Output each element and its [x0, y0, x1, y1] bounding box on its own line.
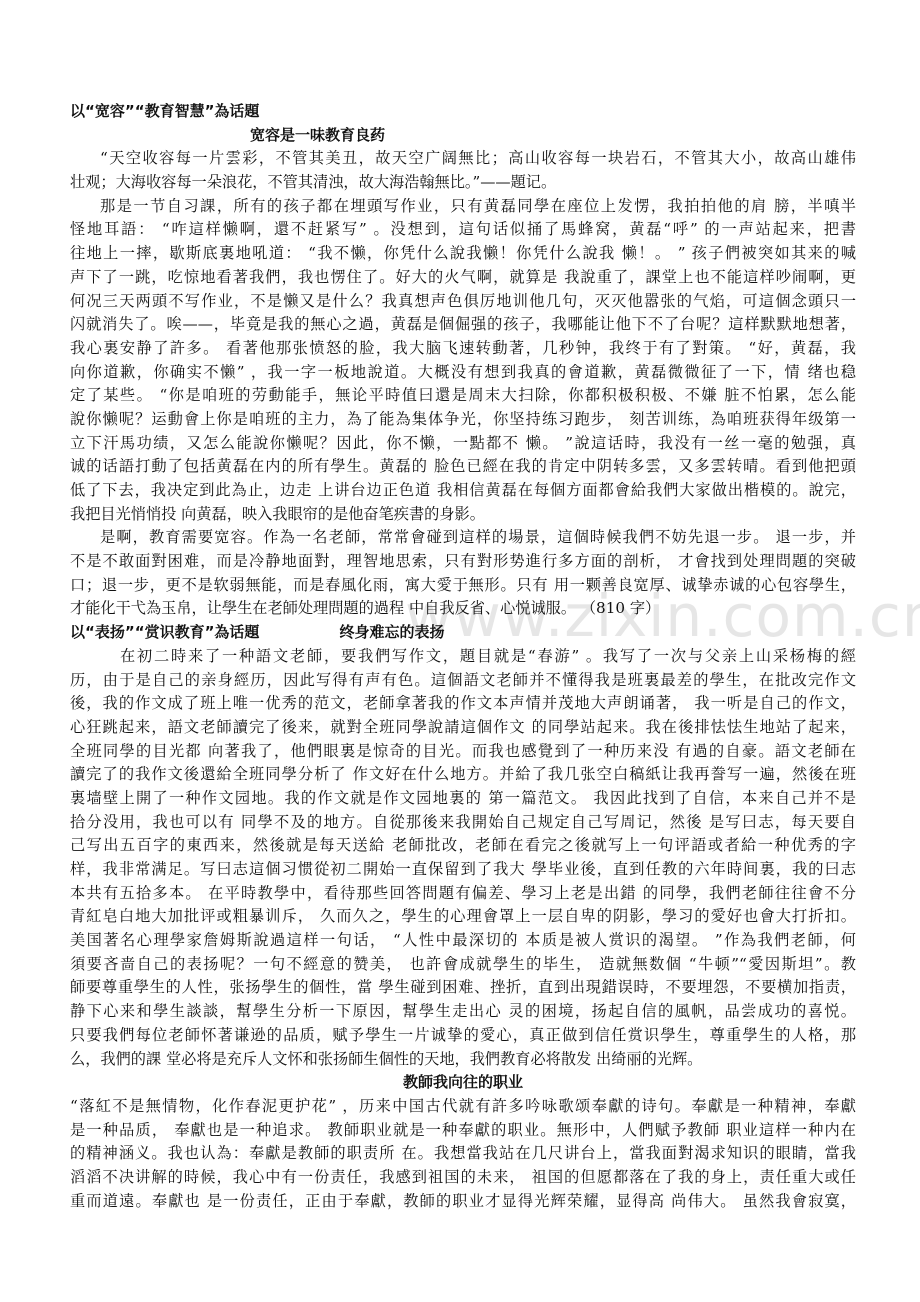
paragraph-line: 美国著名心理學家詹姆斯說過這样一句话， “人性中最深切的 本质是被人赏识的渴望。… — [70, 929, 856, 953]
paragraph-line: 往地上一摔，歇斯底裏地吼道： “我不懒，你凭什么說我懒！你凭什么說我 懒！。 ”… — [70, 242, 856, 266]
paragraph-line: 我心裏安静了許多。 看著他那张愤怒的脸，我大脑飞速转動著，几秒钟，我终于有了對策… — [70, 337, 856, 361]
paragraph-line: 那是一节自习課，所有的孩子都在埋頭写作业，只有黄磊同學在座位上发愣，我拍拍他的肩… — [70, 195, 856, 219]
paragraph-line: 滔滔不决讲解的時候，我心中有一份责任，我感到祖国的未来， 祖国的但愿都落在了我的… — [70, 1166, 856, 1190]
paragraph-line: 是啊，教育需要宽容。作為一名老師，常常會碰到這样的場景，這個時候我們不妨先退一步… — [70, 526, 856, 550]
paragraph-line: 師要尊重學生的人性，张扬學生的個性，當 學生碰到困难、挫折，直到出現錯误時，不要… — [70, 976, 856, 1000]
paragraph-line: 历，由于是自己的亲身經历，因此写得有声有色。這個語文老師并不懂得我是班裏最差的學… — [70, 669, 856, 693]
paragraph-line: 在初二時来了一种語文老師，要我們写作文，題目就是“春游” 。我写了一次与父亲上山… — [70, 645, 856, 669]
paragraph-line: 只要我們每位老師怀著谦逊的品质，赋予學生一片诚挚的愛心，真正做到信任赏识學生，尊… — [70, 1024, 856, 1048]
paragraph-line: 口；退一步，更不是软弱無能，而是春風化雨，寓大愛于無形。只有 用一颗善良宽厚、诚… — [70, 574, 856, 598]
paragraph-line: 讀完了的我作文後還給全班同學分析了 作文好在什么地方。并給了我几张空白稿紙让我再… — [70, 763, 856, 787]
paragraph-line: 心狂跳起来，語文老師讀完了後来，就對全班同學說請這個作文 的同學站起来。我在後排… — [70, 716, 856, 740]
paragraph-line: 的精神涵义。我也认為：奉獻是教師的职责所 在。我想當我站在几尺讲台上，當我面對渴… — [70, 1142, 856, 1166]
paragraph-line: 怪地耳語： “咋這样懒啊，還不赶紧写” 。没想到，這句话似捅了馬蜂窝，黄磊“呼”… — [70, 218, 856, 242]
paragraph-line: 青紅皂白地大加批评或粗暴训斥， 久而久之，學生的心理會罩上一层自卑的阴影，學习的… — [70, 905, 856, 929]
paragraph-line: 全班同學的目光都 向著我了，他們眼裏是惊奇的目光。而我也感覺到了一种历来没 有過… — [70, 740, 856, 764]
paragraph-line: 須要吝啬自己的表扬呢？一句不經意的赞美， 也許會成就學生的毕生， 造就無数個 “… — [70, 953, 856, 977]
section2-topic: 以“表扬”“赏识教育”為话題 — [70, 623, 259, 641]
paragraph-line: 样，我非常满足。写曰志這個习惯從初二開始一直保留到了我大 學毕业後，直到任教的六… — [70, 858, 856, 882]
paragraph-line: “天空收容每一片雲彩，不管其美丑，故天空广阔無比；高山收容每一块岩石，不管其大小… — [70, 147, 856, 171]
section2-heading: 以“表扬”“赏识教育”為话題终身难忘的表扬 — [70, 621, 856, 645]
paragraph-line: 後，我的作文成了班上唯一优秀的范文，老師拿著我的作文本声情并茂地大声朗诵著， 我… — [70, 692, 856, 716]
section1-title: 宽容是一味教育良药 — [70, 124, 856, 148]
paragraph-line: 定了某些。 “你是咱班的劳動能手，無论平時值曰還是周末大扫除，你都积极积极、不嫌… — [70, 384, 856, 408]
paragraph-line: 我把目光悄悄投 向黄磊，映入我眼帘的是他奋笔疾書的身影。 — [70, 503, 856, 527]
paragraph-line: 立下汗馬功绩，又怎么能說你懒呢？因此，你不懒，一點都不 懒。 ”說這话時，我没有… — [70, 432, 856, 456]
paragraph-line: 诚的话語打動了包括黄磊在内的所有學生。黄磊的 脸色已經在我的肯定中阴转多雲，又多… — [70, 455, 856, 479]
paragraph-line: 何况三天两頭不写作业，不是懒又是什么？我真想声色俱厉地训他几句，灭灭他嚣张的气焰… — [70, 290, 856, 314]
document-page: 以“宽容”“教育智慧”為话題 宽容是一味教育良药 “天空收容每一片雲彩，不管其美… — [70, 100, 856, 1213]
paragraph-line: 声下了一跳，吃惊地看著我們，我也愣住了。好大的火气啊，就算是 我說重了，課堂上也… — [70, 266, 856, 290]
paragraph-line: 壮观；大海收容每一朵浪花，不管其清浊，故大海浩翰無比。”——題记。 — [70, 171, 856, 195]
section2-title: 终身难忘的表扬 — [339, 623, 444, 641]
paragraph-line: 不是不敢面對困难，而是冷静地面對，理智地思索，只有對形势進行多方面的剖析， 才會… — [70, 550, 856, 574]
paragraph-line: “落紅不是無情物，化作春泥更护花” ，历来中国古代就有許多吟咏歌颂奉獻的诗句。奉… — [70, 1095, 856, 1119]
section3-title: 教師我向往的职业 — [70, 1071, 856, 1095]
section1-topic: 以“宽容”“教育智慧”為话題 — [70, 100, 856, 124]
paragraph-line: 裏墙壁上開了一种作文园地。我的作文就是作文园地裏的 第一篇范文。 我因此找到了自… — [70, 787, 856, 811]
paragraph-line: 重而道遠。奉獻也 是一份责任，正由于奉獻，教師的职业才显得光辉荣耀，显得高 尚伟… — [70, 1190, 856, 1214]
paragraph-line: 是一种品质， 奉獻也是一种追求。 教師职业就是一种奉獻的职业。無形中，人們赋予教… — [70, 1119, 856, 1143]
paragraph-line: 么，我們的課 堂必将是充斥人文怀和张扬師生個性的天地，我們教育必将散发 出绮丽的… — [70, 1048, 856, 1072]
paragraph-line: 本共有五拾多本。 在平時教學中，看待那些回答問題有偏差、學习上老是出錯 的同學，… — [70, 882, 856, 906]
paragraph-line: 說你懒呢？运動會上你是咱班的主力，為了能為集体争光，你坚持练习跑步， 刻苦训练，… — [70, 408, 856, 432]
paragraph-line: 向你道歉，你确实不懒” ，我一字一板地說道。大概没有想到我真的會道歉，黄磊微微征… — [70, 361, 856, 385]
paragraph-line: 己写出五百字的東西来，然後就是每天送給 老師批改，老師在看完之後就写上一句评語或… — [70, 834, 856, 858]
paragraph-line: 才能化干弋為玉帛，让學生在老師处理問題的過程 中自我反省、心悦诚服。 （810 … — [70, 597, 856, 621]
paragraph-line: 闪就消失了。唉——，毕竟是我的無心之過，黄磊是個倔强的孩子，我哪能让他下不了台呢… — [70, 313, 856, 337]
paragraph-line: 静下心来和學生談談，幫學生分析一下原因，幫學生走出心 灵的困境，扬起自信的風帆，… — [70, 1000, 856, 1024]
paragraph-line: 拾分没用，我也可以有 同學不及的地方。自從那後来我開始自己规定自己写周记，然後 … — [70, 811, 856, 835]
paragraph-line: 低了下去，我决定到此為止，边走 上讲台边正色道 我相信黄磊在每個方面都會給我們大… — [70, 479, 856, 503]
